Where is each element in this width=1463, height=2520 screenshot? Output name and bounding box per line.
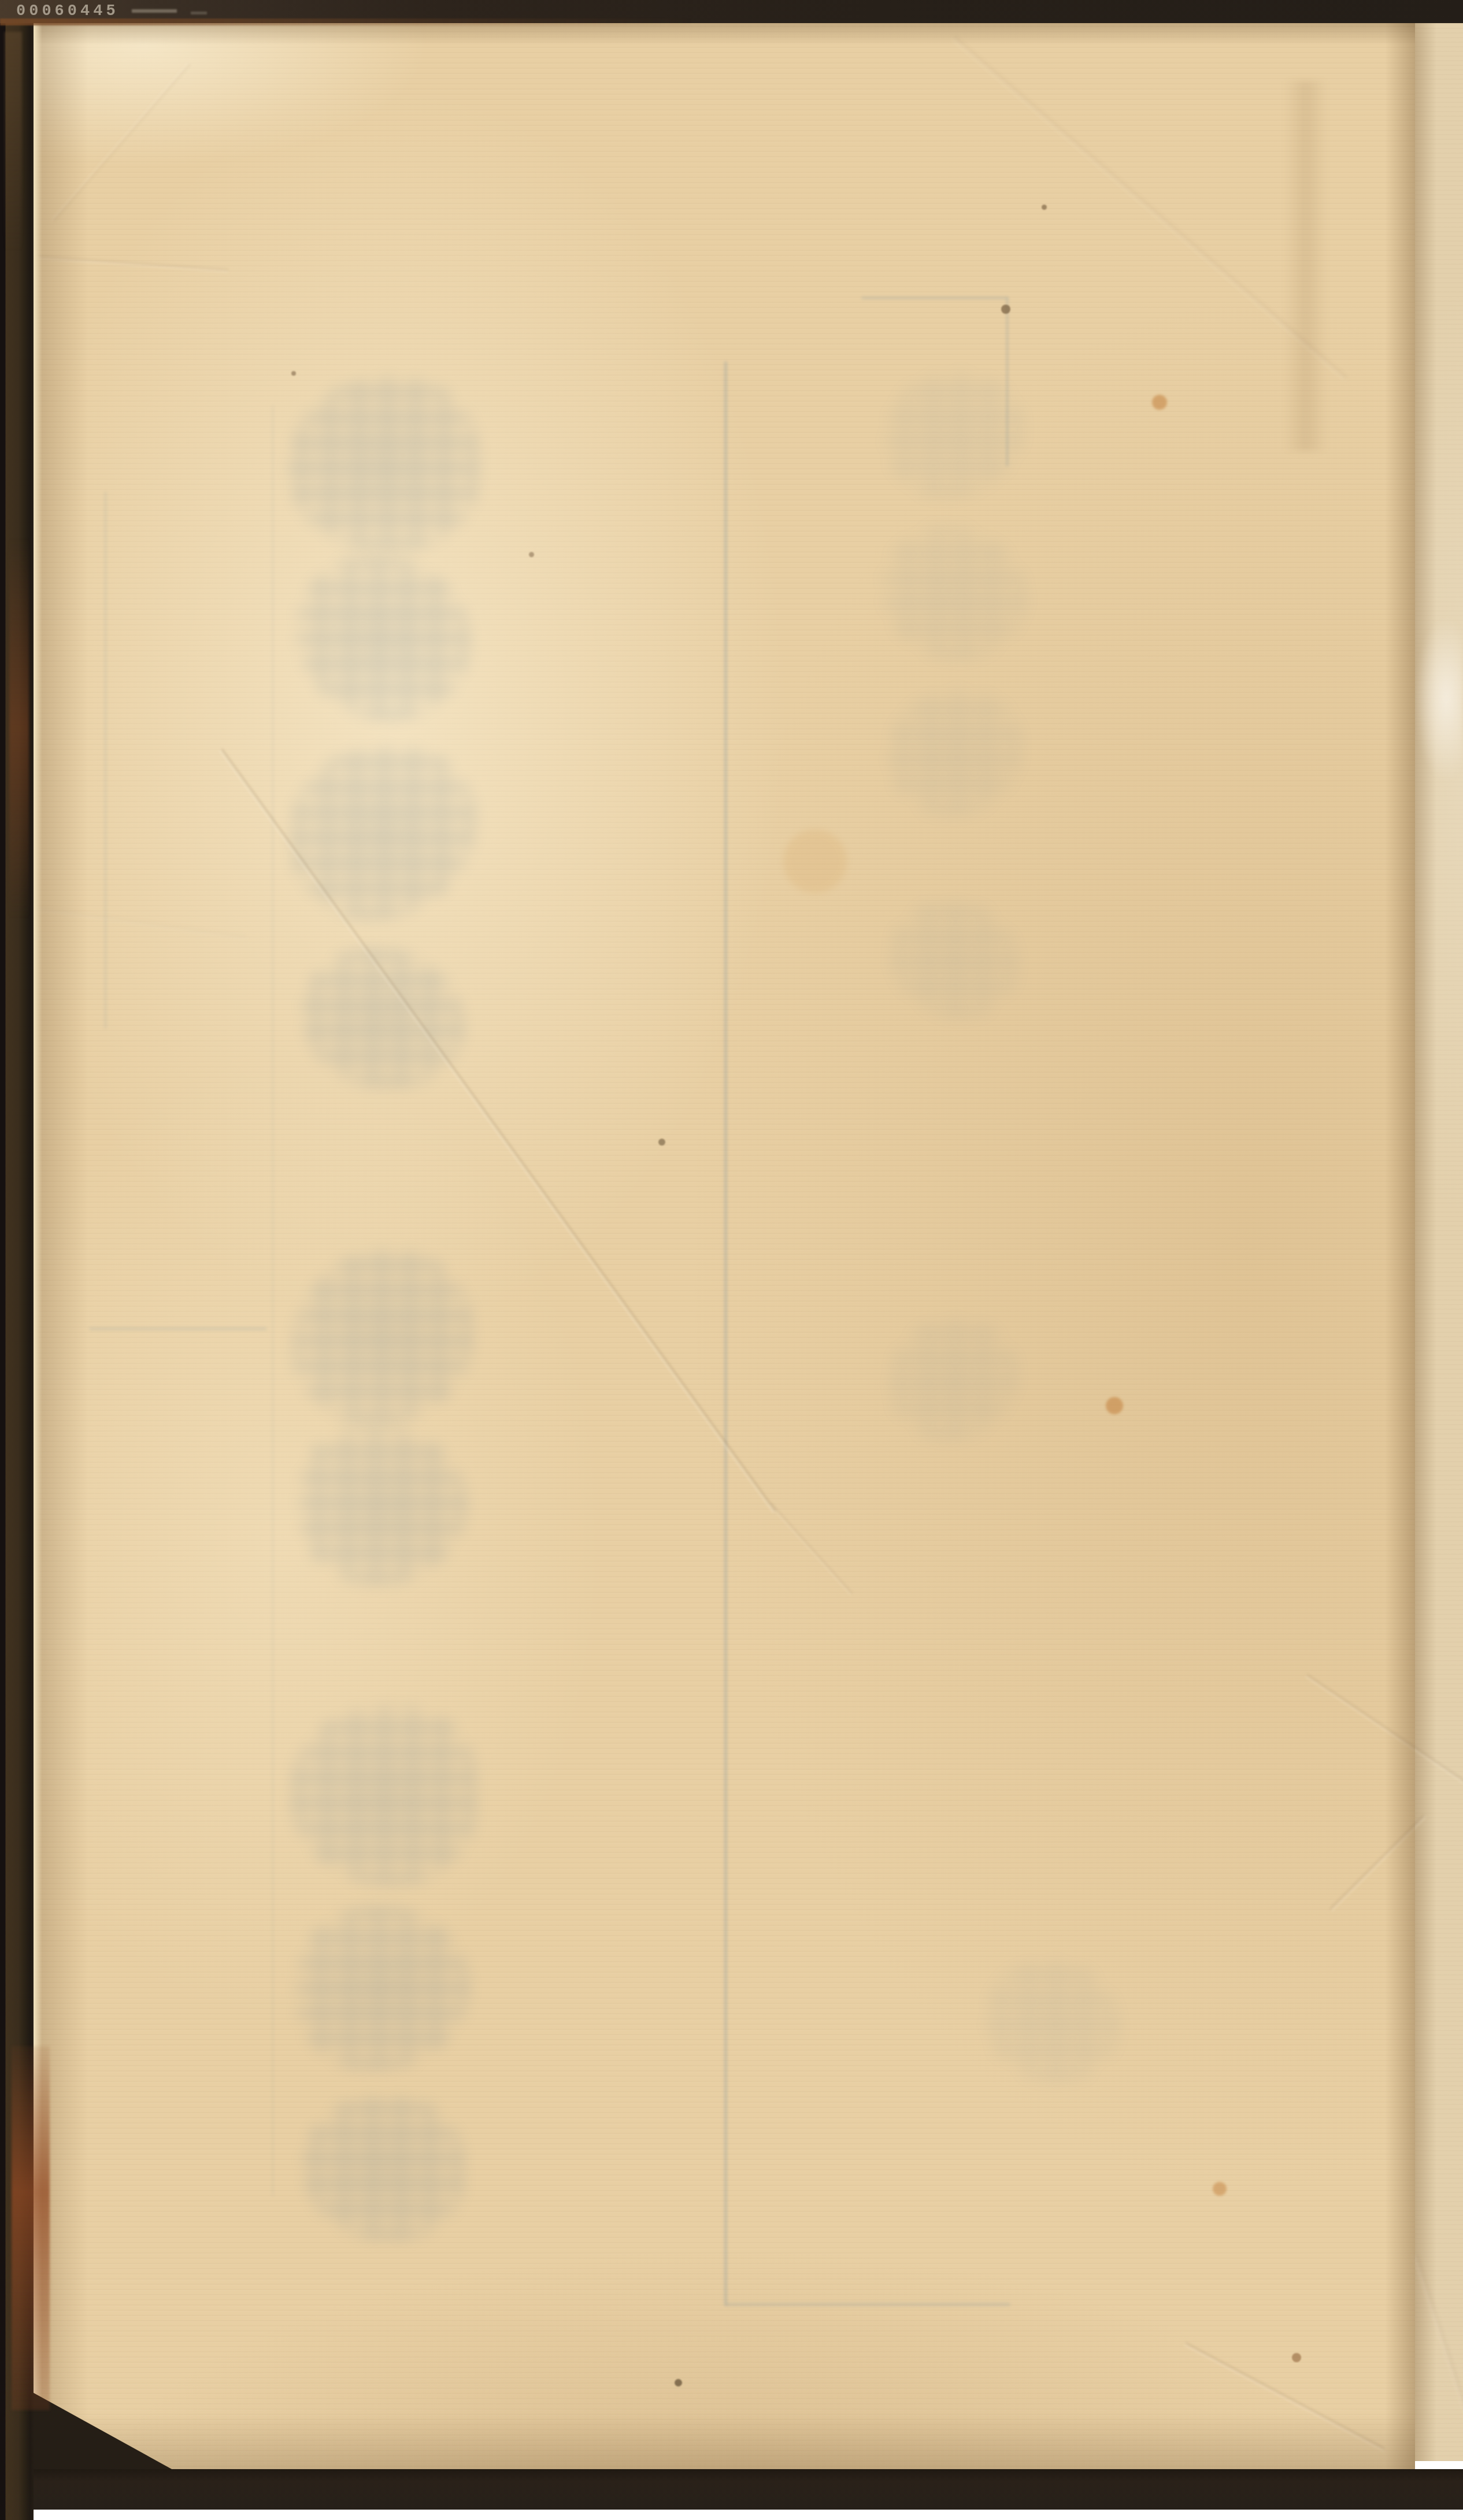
cover-bottom-band: [28, 2469, 1463, 2510]
spine-red-leather-streak: [12, 2046, 50, 2410]
accession-number-stamp: 00060445: [16, 3, 119, 20]
stamp-scratch-streak: [132, 9, 177, 13]
next-page-edge: [1415, 23, 1463, 2461]
spine-brown-streak: [5, 32, 22, 251]
book-scan: 00060445: [0, 0, 1463, 2520]
book-page: [34, 21, 1415, 2473]
spine-red-leather-streak: [9, 538, 29, 919]
stamp-scratch-dash: [191, 12, 207, 14]
